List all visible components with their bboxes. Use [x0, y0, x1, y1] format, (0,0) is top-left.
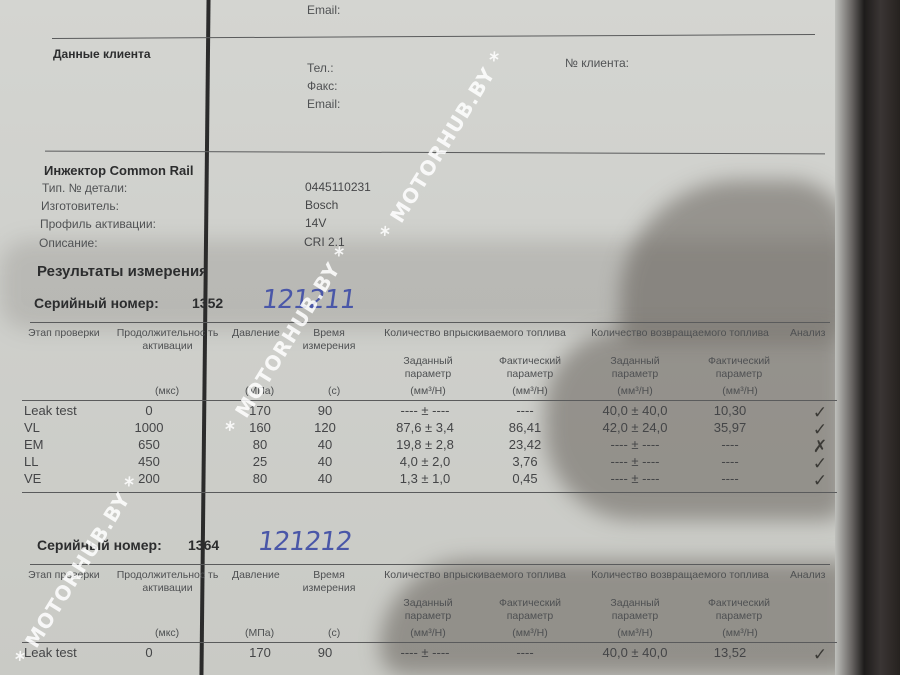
table-cell-ret-actual: 10,30	[690, 403, 770, 418]
part-number-value: 0445110231	[305, 180, 371, 194]
table-cell-ret-actual: 35,97	[690, 420, 770, 435]
table-cell-inj-set: 1,3 ± 1,0	[375, 471, 475, 486]
table-top-border	[30, 564, 830, 565]
page-edge	[835, 0, 900, 675]
table-cell-time: 40	[295, 437, 355, 452]
table-cell-ret-set: 42,0 ± 24,0	[585, 420, 685, 435]
header-duration: Продолжительнос ть активации	[115, 327, 220, 353]
activation-profile-label: Профиль активации:	[40, 217, 156, 231]
unit-duration: (мкс)	[155, 627, 179, 640]
unit-inj-set: (мм³/Н)	[398, 627, 458, 640]
table-top-border	[30, 322, 830, 323]
header-stage: Этап проверки	[28, 327, 100, 340]
client-section-title: Данные клиента	[53, 47, 151, 61]
header-injected: Количество впрыскиваемого топлива	[380, 327, 570, 340]
table-cell-ret-actual: ----	[690, 437, 770, 452]
table-cell-inj-actual: 0,45	[480, 471, 570, 486]
email-label: Email:	[307, 97, 340, 111]
table-cell-time: 40	[295, 471, 355, 486]
table-cell-inj-actual: ----	[480, 645, 570, 660]
table-cell-time: 120	[295, 420, 355, 435]
table-row-stage: VL	[24, 420, 104, 435]
header-injected: Количество впрыскиваемого топлива	[380, 569, 570, 582]
table-cell-analysis: ✓	[800, 471, 840, 491]
table-row-stage: LL	[24, 454, 104, 469]
table-cell-inj-set: ---- ± ----	[375, 645, 475, 660]
handwritten-note: 121212	[256, 527, 353, 557]
table-bottom-border	[22, 492, 837, 493]
header-inj-actual: Фактический параметр	[486, 597, 574, 623]
table-cell-pressure: 170	[225, 645, 295, 660]
table-cell-inj-set: 4,0 ± 2,0	[375, 454, 475, 469]
table-cell-ret-set: ---- ± ----	[585, 471, 685, 486]
unit-pressure: (МПа)	[245, 627, 274, 640]
header-pressure: Давление	[232, 327, 280, 340]
table-cell-inj-set: ---- ± ----	[375, 403, 475, 418]
header-inj-set: Заданный параметр	[388, 355, 468, 381]
unit-inj-actual: (мм³/Н)	[500, 385, 560, 398]
table-row-stage: Leak test	[24, 403, 104, 418]
unit-ret-set: (мм³/Н)	[605, 385, 665, 398]
table-cell-duration: 0	[110, 403, 188, 418]
header-bottom-border	[22, 400, 837, 401]
table-cell-ret-actual: ----	[690, 471, 770, 486]
table-cell-ret-set: ---- ± ----	[585, 437, 685, 452]
header-ret-actual: Фактический параметр	[695, 355, 783, 381]
table-cell-duration: 0	[110, 645, 188, 660]
results-title: Результаты измерения	[37, 263, 208, 280]
table-cell-inj-set: 87,6 ± 3,4	[375, 420, 475, 435]
table-cell-time: 90	[295, 403, 355, 418]
table-cell-ret-set: 40,0 ± 40,0	[585, 403, 685, 418]
table-cell-pressure: 80	[225, 437, 295, 452]
header-inj-set: Заданный параметр	[388, 597, 468, 623]
header-inj-actual: Фактический параметр	[486, 355, 574, 381]
table-cell-ret-set: 40,0 ± 40,0	[585, 645, 685, 660]
table-cell-inj-actual: 86,41	[480, 420, 570, 435]
table-cell-time: 40	[295, 454, 355, 469]
table-cell-ret-set: ---- ± ----	[585, 454, 685, 469]
unit-inj-set: (мм³/Н)	[398, 385, 458, 398]
table-cell-duration: 1000	[110, 420, 188, 435]
unit-duration: (мкс)	[155, 385, 179, 398]
header-duration: Продолжительнос ть активации	[115, 569, 220, 595]
table-row-stage: VE	[24, 471, 104, 486]
unit-time: (с)	[328, 385, 340, 398]
activation-profile-value: 14V	[305, 216, 326, 230]
client-number-label: № клиента:	[565, 56, 629, 70]
unit-inj-actual: (мм³/Н)	[500, 627, 560, 640]
header-pressure: Давление	[232, 569, 280, 582]
header-returned: Количество возвращаемого топлива	[590, 327, 770, 340]
unit-time: (с)	[328, 627, 340, 640]
table-cell-analysis: ✓	[800, 645, 840, 665]
phone-label: Тел.:	[307, 61, 334, 75]
serial-number: 1364	[188, 537, 219, 553]
table-cell-duration: 450	[110, 454, 188, 469]
manufacturer-value: Bosch	[305, 198, 338, 212]
table-cell-inj-actual: 3,76	[480, 454, 570, 469]
table-cell-inj-actual: 23,42	[480, 437, 570, 452]
header-ret-set: Заданный параметр	[595, 355, 675, 381]
table-cell-pressure: 80	[225, 471, 295, 486]
email-label-top: Email:	[307, 3, 340, 17]
table-cell-duration: 650	[110, 437, 188, 452]
header-bottom-border	[22, 642, 837, 643]
table-cell-ret-actual: ----	[690, 454, 770, 469]
header-time: Время измерения	[300, 327, 358, 353]
unit-ret-actual: (мм³/Н)	[710, 627, 770, 640]
serial-label: Серийный номер:	[34, 295, 159, 311]
serial-number: 1352	[192, 295, 223, 311]
unit-ret-set: (мм³/Н)	[605, 627, 665, 640]
table-cell-pressure: 25	[225, 454, 295, 469]
fax-label: Факс:	[307, 79, 338, 93]
injector-title: Инжектор Common Rail	[44, 163, 193, 178]
table-cell-inj-set: 19,8 ± 2,8	[375, 437, 475, 452]
table-cell-time: 90	[295, 645, 355, 660]
header-returned: Количество возвращаемого топлива	[590, 569, 770, 582]
table-cell-ret-actual: 13,52	[690, 645, 770, 660]
header-ret-set: Заданный параметр	[595, 597, 675, 623]
part-number-label: Тип. № детали:	[42, 181, 127, 195]
unit-ret-actual: (мм³/Н)	[710, 385, 770, 398]
table-row-stage: EM	[24, 437, 104, 452]
header-ret-actual: Фактический параметр	[695, 597, 783, 623]
description-label: Описание:	[39, 236, 98, 250]
header-analysis: Анализ	[790, 569, 825, 582]
header-analysis: Анализ	[790, 327, 825, 340]
header-time: Время измерения	[300, 569, 358, 595]
manufacturer-label: Изготовитель:	[41, 199, 119, 213]
table-cell-inj-actual: ----	[480, 403, 570, 418]
